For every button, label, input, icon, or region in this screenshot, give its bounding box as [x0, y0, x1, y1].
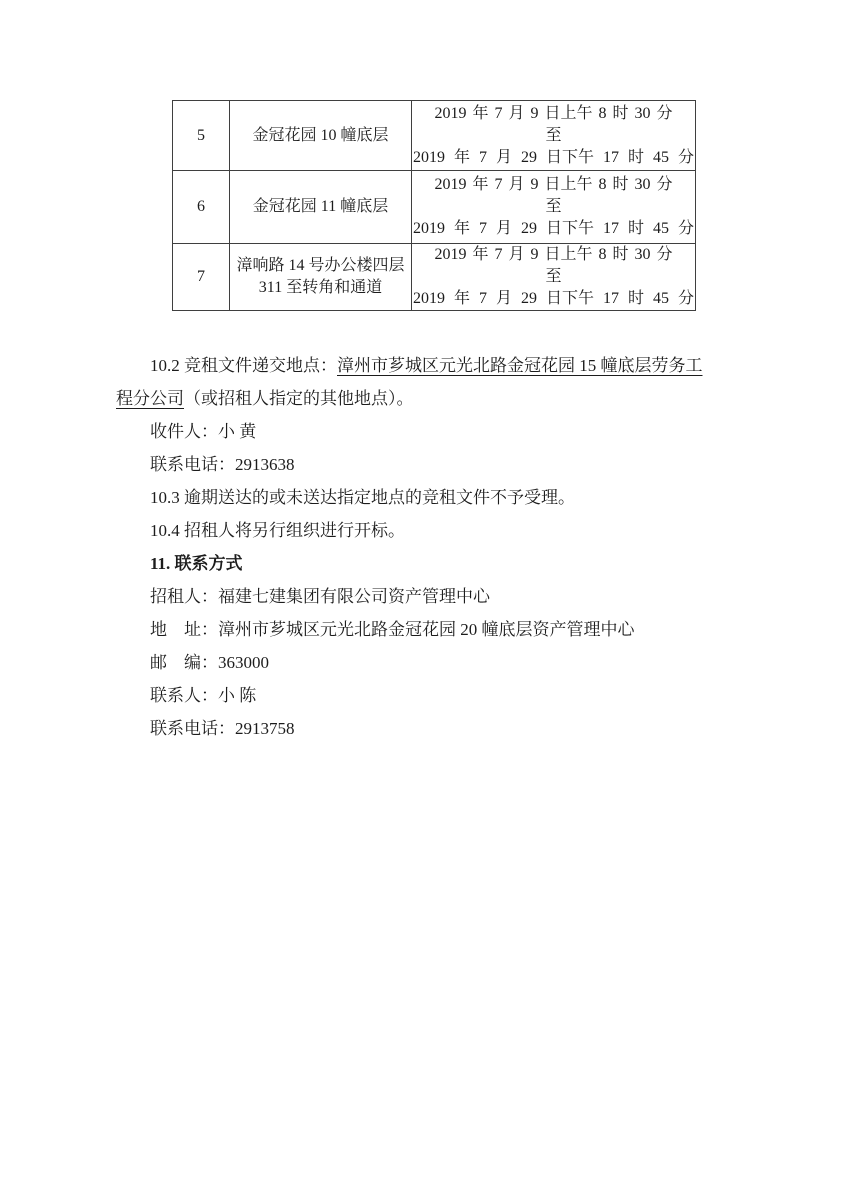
- table-row: 5 金冠花园 10 幢底层 2019 年 7 月 9 日上午 8 时 30 分 …: [173, 101, 696, 171]
- table-row: 7 漳响路 14 号办公楼四层 311 至转角和通道 2019 年 7 月 9 …: [173, 244, 696, 311]
- row-number-cell: 7: [173, 244, 230, 311]
- postcode-line: 邮 编：363000: [116, 646, 741, 679]
- period-start: 2019 年 7 月 9 日上午 8 时 30 分: [412, 174, 695, 196]
- period-to: 至: [412, 125, 695, 147]
- recipient-phone-line: 联系电话：2913638: [116, 448, 741, 481]
- period-start: 2019 年 7 月 9 日上午 8 时 30 分: [412, 244, 695, 266]
- period-to: 至: [412, 266, 695, 288]
- clause-10-2-line1: 10.2 竞租文件递交地点：漳州市芗城区元光北路金冠花园 15 幢底层劳务工: [116, 349, 741, 382]
- time-period-cell: 2019 年 7 月 9 日上午 8 时 30 分 至 2019 年 7 月 2…: [412, 101, 696, 171]
- period-end: 2019 年 7 月 29 日下午 17 时 45 分: [412, 218, 695, 240]
- clause-10-2-line2: 程分公司（或招租人指定的其他地点）。: [116, 382, 741, 415]
- recipient-line: 收件人：小 黄: [116, 415, 741, 448]
- address-line: 地 址：漳州市芗城区元光北路金冠花园 20 幢底层资产管理中心: [116, 613, 741, 646]
- period-start: 2019 年 7 月 9 日上午 8 时 30 分: [412, 103, 695, 125]
- period-end: 2019 年 7 月 29 日下午 17 时 45 分: [412, 288, 695, 310]
- section-11-heading: 11. 联系方式: [116, 547, 741, 580]
- contact-phone-line: 联系电话：2913758: [116, 712, 741, 745]
- submission-address-underlined-part2: 程分公司: [116, 389, 184, 408]
- document-page: 5 金冠花园 10 幢底层 2019 年 7 月 9 日上午 8 时 30 分 …: [0, 0, 849, 1200]
- submission-address-underlined-part1: 漳州市芗城区元光北路金冠花园 15 幢底层劳务工: [337, 356, 703, 375]
- table-row: 6 金冠花园 11 幢底层 2019 年 7 月 9 日上午 8 时 30 分 …: [173, 171, 696, 244]
- clause-10-2-tail: （或招租人指定的其他地点）。: [184, 389, 414, 408]
- location-cell: 金冠花园 11 幢底层: [230, 171, 412, 244]
- body-text-block: 10.2 竞租文件递交地点：漳州市芗城区元光北路金冠花园 15 幢底层劳务工 程…: [116, 349, 741, 745]
- time-period-cell: 2019 年 7 月 9 日上午 8 时 30 分 至 2019 年 7 月 2…: [412, 171, 696, 244]
- location-cell: 漳响路 14 号办公楼四层 311 至转角和通道: [230, 244, 412, 311]
- location-cell: 金冠花园 10 幢底层: [230, 101, 412, 171]
- clause-10-2-label: 10.2 竞租文件递交地点：: [150, 356, 337, 375]
- contact-line: 联系人：小 陈: [116, 679, 741, 712]
- time-period-cell: 2019 年 7 月 9 日上午 8 时 30 分 至 2019 年 7 月 2…: [412, 244, 696, 311]
- clause-10-3-line: 10.3 逾期送达的或未送达指定地点的竞租文件不予受理。: [116, 481, 741, 514]
- row-number-cell: 6: [173, 171, 230, 244]
- submission-schedule-table: 5 金冠花园 10 幢底层 2019 年 7 月 9 日上午 8 时 30 分 …: [172, 100, 696, 311]
- lessor-line: 招租人：福建七建集团有限公司资产管理中心: [116, 580, 741, 613]
- clause-10-4-line: 10.4 招租人将另行组织进行开标。: [116, 514, 741, 547]
- period-to: 至: [412, 196, 695, 218]
- row-number-cell: 5: [173, 101, 230, 171]
- period-end: 2019 年 7 月 29 日下午 17 时 45 分: [412, 147, 695, 169]
